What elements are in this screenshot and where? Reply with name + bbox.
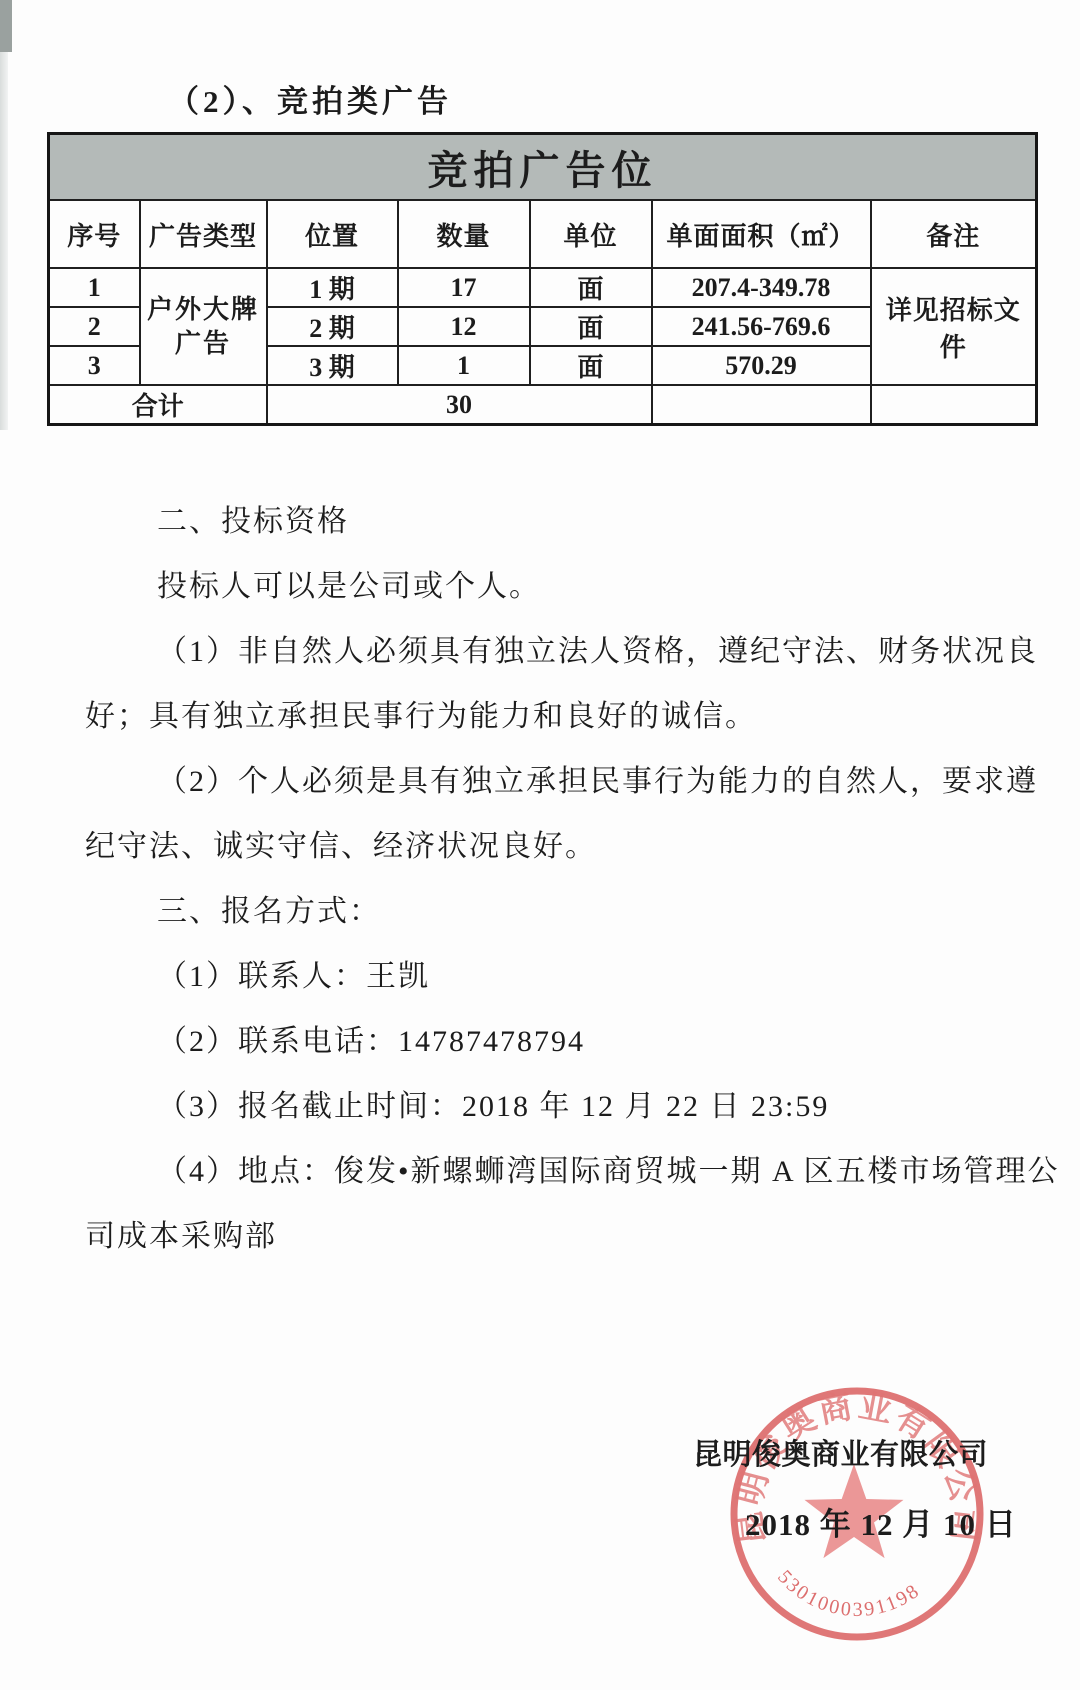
body-line: （4）地点：俊发•新螺蛳湾国际商贸城一期 A 区五楼市场管理公 — [85, 1139, 1045, 1204]
signature-date: 2018 年 12 月 10 日 — [745, 1499, 1017, 1544]
body-line: （2）个人必须是具有独立承担民事行为能力的自然人，要求遵 — [85, 749, 1045, 814]
body-line: 三、报名方式： — [85, 879, 1045, 944]
column-header-no: 序号 — [49, 200, 140, 268]
body-line: 纪守法、诚实守信、经济状况良好。 — [85, 814, 1045, 879]
table-header-row: 序号 广告类型 位置 数量 单位 单面面积（㎡） 备注 — [49, 200, 1037, 268]
cell-position: 3 期 — [267, 346, 398, 385]
cell-note-merged: 详见招标文件 — [871, 268, 1037, 385]
column-header-ad-type: 广告类型 — [140, 200, 267, 268]
cell-unit: 面 — [530, 346, 652, 385]
body-line: （3）报名截止时间：2018 年 12 月 22 日 23:59 — [85, 1074, 1045, 1139]
cell-total-qty: 30 — [267, 385, 652, 425]
body-line: （1）联系人：王凯 — [85, 944, 1045, 1009]
document-body: 二、投标资格 投标人可以是公司或个人。 （1）非自然人必须具有独立法人资格，遵纪… — [85, 489, 1045, 1269]
column-header-unit: 单位 — [530, 200, 652, 268]
column-header-qty: 数量 — [398, 200, 530, 268]
cell-unit: 面 — [530, 307, 652, 346]
scan-artifact-left-edge — [0, 0, 8, 430]
cell-total-label: 合计 — [49, 385, 267, 425]
body-line: （2）联系电话：14787478794 — [85, 1009, 1045, 1074]
column-header-note: 备注 — [871, 200, 1037, 268]
cell-qty: 12 — [398, 307, 530, 346]
cell-position: 1 期 — [267, 268, 398, 307]
scan-artifact-corner — [0, 0, 12, 52]
stamp-code: 5301000391198 — [773, 1566, 925, 1621]
table-row: 1 户外大牌广告 1 期 17 面 207.4-349.78 详见招标文件 — [49, 268, 1037, 307]
cell-no: 2 — [49, 307, 140, 346]
cell-qty: 1 — [398, 346, 530, 385]
cell-ad-type-merged: 户外大牌广告 — [140, 268, 267, 385]
body-line: （1）非自然人必须具有独立法人资格，遵纪守法、财务状况良 — [85, 619, 1045, 684]
table-total-row: 合计 30 — [49, 385, 1037, 425]
body-line: 投标人可以是公司或个人。 — [85, 554, 1045, 619]
table-title: 竞拍广告位 — [49, 134, 1037, 201]
scanned-document-page: （2）、竞拍类广告 竞拍广告位 序号 广告类型 位置 数量 单位 单面面积（㎡）… — [0, 0, 1080, 1690]
table-title-row: 竞拍广告位 — [49, 134, 1037, 201]
cell-unit: 面 — [530, 268, 652, 307]
body-line: 司成本采购部 — [85, 1204, 1045, 1269]
body-line: 二、投标资格 — [85, 489, 1045, 554]
column-header-position: 位置 — [267, 200, 398, 268]
auction-ad-table: 竞拍广告位 序号 广告类型 位置 数量 单位 单面面积（㎡） 备注 1 户外大牌… — [47, 132, 1038, 426]
cell-area: 570.29 — [652, 346, 871, 385]
cell-area: 241.56-769.6 — [652, 307, 871, 346]
column-header-area: 单面面积（㎡） — [652, 200, 871, 268]
cell-total-area-empty — [652, 385, 871, 425]
cell-area: 207.4-349.78 — [652, 268, 871, 307]
cell-no: 1 — [49, 268, 140, 307]
body-line: 好；具有独立承担民事行为能力和良好的诚信。 — [85, 684, 1045, 749]
section-heading: （2）、竞拍类广告 — [168, 76, 452, 121]
cell-position: 2 期 — [267, 307, 398, 346]
signature-company-name: 昆明俊奥商业有限公司 — [693, 1432, 988, 1473]
cell-qty: 17 — [398, 268, 530, 307]
cell-no: 3 — [49, 346, 140, 385]
cell-total-note-empty — [871, 385, 1037, 425]
